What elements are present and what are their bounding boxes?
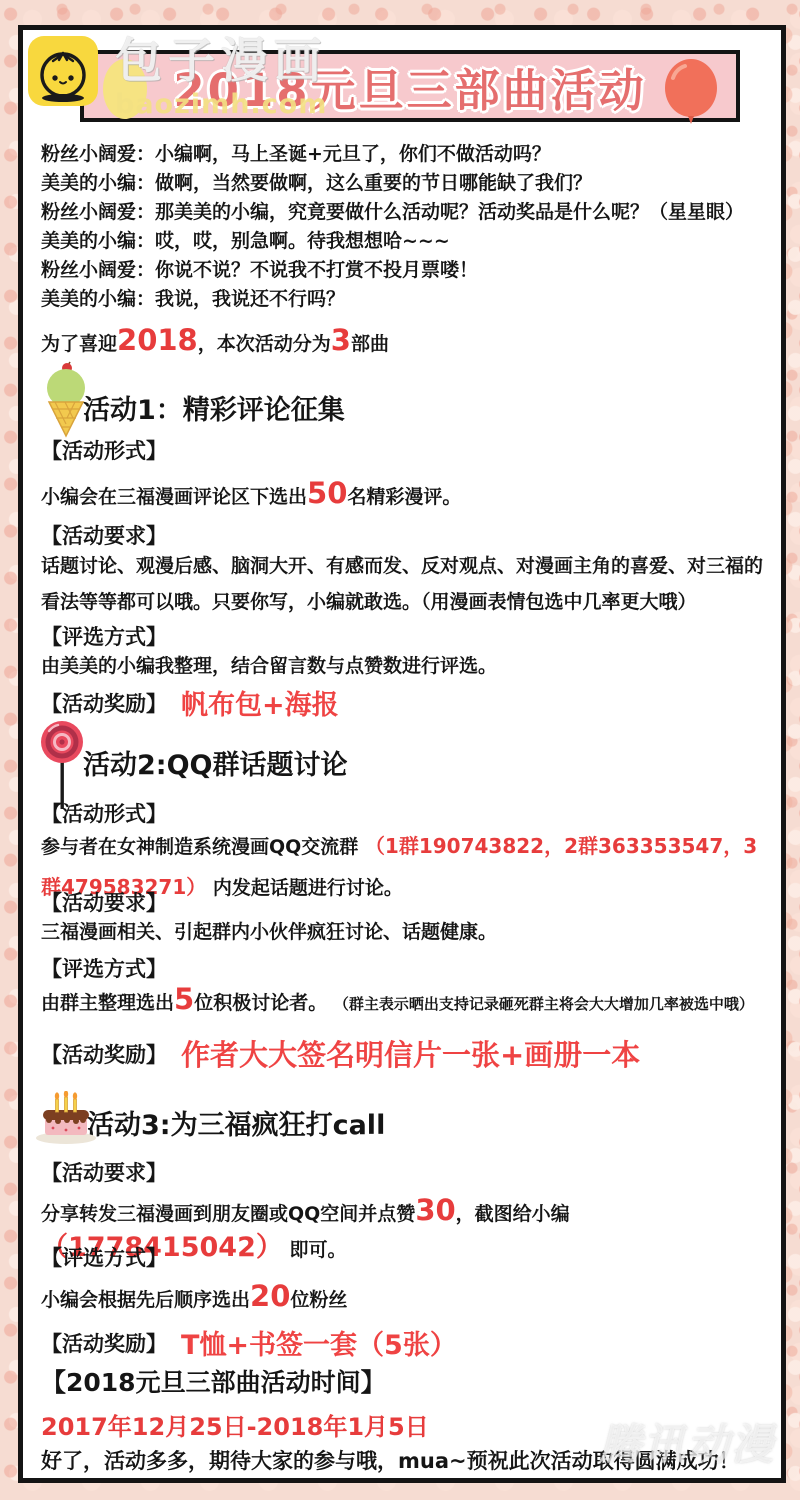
body-text: 分享转发三福漫画到朋友圈或QQ空间并点赞	[41, 1203, 415, 1225]
section-label: 【评选方式】	[41, 1242, 773, 1272]
section-label: 【活动要求】	[41, 887, 773, 917]
dialogue-line: 粉丝小阔爱：那美美的小编，究竟要做什么活动呢？活动奖品是什么呢？（星星眼）	[41, 198, 773, 227]
section-body: 话题讨论、观漫后感、脑洞大开、有感而发、反对观点、对漫画主角的喜爱、对三福的看法…	[41, 548, 773, 620]
reward-row: 【活动奖励】 作者大大签名明信片一张+画册一本	[41, 1033, 773, 1074]
like-count: 30	[415, 1193, 455, 1227]
schedule-dates: 2017年12月25日-2018年1月5日	[41, 1407, 773, 1442]
activity2-title-row: 活动2:QQ群话题讨论	[41, 743, 773, 782]
dialogue-line: 粉丝小阔爱：你说不说？不说我不打赏不投月票喽！	[41, 256, 773, 285]
promo-poster: 2018元旦三部曲活动	[0, 0, 800, 1500]
dialogue-line: 粉丝小阔爱：小编啊，马上圣诞+元旦了，你们不做活动吗？	[41, 140, 773, 169]
reward-row: 【活动奖励】 T恤+书签一套（5张）	[41, 1323, 773, 1362]
intro-text: 为了喜迎	[41, 333, 117, 355]
winner-count: 5	[174, 982, 194, 1016]
body-text: 小编会在三福漫画评论区下选出	[41, 486, 307, 508]
body-note: （群主表示晒出支持记录砸死群主将会大大增加几率被选中哦）	[334, 995, 754, 1013]
reward-label: 【活动奖励】	[41, 1039, 167, 1069]
section-body: 小编会在三福漫画评论区下选出50名精彩漫评。	[41, 475, 773, 515]
section-label: 【评选方式】	[41, 953, 773, 983]
section-label: 【活动形式】	[41, 798, 773, 828]
schedule-label: 【2018元旦三部曲活动时间】	[41, 1363, 773, 1399]
baozi-mascot-icon	[27, 35, 99, 111]
dialogue-section: 粉丝小阔爱：小编啊，马上圣诞+元旦了，你们不做活动吗？ 美美的小编：做啊，当然要…	[41, 140, 773, 314]
section-body: 由美美的小编我整理，结合留言数与点赞数进行评选。	[41, 653, 773, 679]
ice-cream-icon	[37, 360, 93, 445]
reward-label: 【活动奖励】	[41, 1328, 167, 1358]
activity-title: 活动1：精彩评论征集	[83, 395, 345, 426]
body-text: 参与者在女神制造系统漫画QQ交流群	[41, 836, 365, 858]
reward-text: 作者大大签名明信片一张+画册一本	[181, 1033, 640, 1074]
body-text: 名精彩漫评。	[347, 486, 461, 508]
body-text: 位粉丝	[290, 1289, 347, 1311]
body-text: 位积极讨论者。	[194, 992, 327, 1014]
reward-text: 帆布包+海报	[181, 683, 339, 722]
birthday-cake-icon	[33, 1091, 99, 1156]
body-text: ，截图给小编	[456, 1203, 570, 1225]
section-label: 【活动形式】	[41, 435, 773, 465]
intro-year: 2018	[117, 323, 198, 357]
intro-count: 3	[331, 323, 351, 357]
red-balloon-icon	[662, 58, 720, 132]
activity1-title-row: 活动1：精彩评论征集	[41, 388, 773, 427]
dialogue-line: 美美的小编：我说，我说还不行吗？	[41, 285, 773, 314]
footer-line: 好了，活动多多，期待大家的参与哦，mua~预祝此次活动取得圆满成功！	[41, 1445, 773, 1475]
section-label: 【活动要求】	[41, 520, 773, 550]
intro-line: 为了喜迎2018，本次活动分为3部曲	[41, 323, 773, 357]
page-title: 2018元旦三部曲活动	[173, 54, 646, 119]
activity-title: 活动3:为三福疯狂打call	[87, 1110, 385, 1141]
intro-text: ，本次活动分为	[198, 333, 331, 355]
poster-header: 2018元旦三部曲活动	[80, 50, 740, 122]
winner-count: 20	[250, 1279, 290, 1313]
section-label: 【评选方式】	[41, 621, 773, 651]
activity3-title-row: 活动3:为三福疯狂打call	[41, 1103, 773, 1142]
body-text: 小编会根据先后顺序选出	[41, 1289, 250, 1311]
section-body: 由群主整理选出5位积极讨论者。 （群主表示晒出支持记录砸死群主将会大大增加几率被…	[41, 983, 773, 1020]
dialogue-line: 美美的小编：哎，哎，别急啊。待我想想哈~~~	[41, 227, 773, 256]
yellow-balloon-icon	[102, 56, 148, 130]
activity-title: 活动2:QQ群话题讨论	[83, 750, 348, 781]
reward-text: T恤+书签一套（5张）	[181, 1323, 457, 1362]
dialogue-line: 美美的小编：做啊，当然要做啊，这么重要的节日哪能缺了我们？	[41, 169, 773, 198]
winner-count: 50	[307, 476, 347, 510]
body-text: 由群主整理选出	[41, 992, 174, 1014]
section-body: 三福漫画相关、引起群内小伙伴疯狂讨论、话题健康。	[41, 918, 773, 946]
reward-label: 【活动奖励】	[41, 688, 167, 718]
poster-card: 2018元旦三部曲活动	[18, 25, 786, 1483]
section-body: 小编会根据先后顺序选出20位粉丝	[41, 1280, 773, 1316]
reward-row: 【活动奖励】 帆布包+海报	[41, 683, 773, 722]
section-label: 【活动要求】	[41, 1157, 773, 1187]
intro-text: 部曲	[351, 333, 389, 355]
